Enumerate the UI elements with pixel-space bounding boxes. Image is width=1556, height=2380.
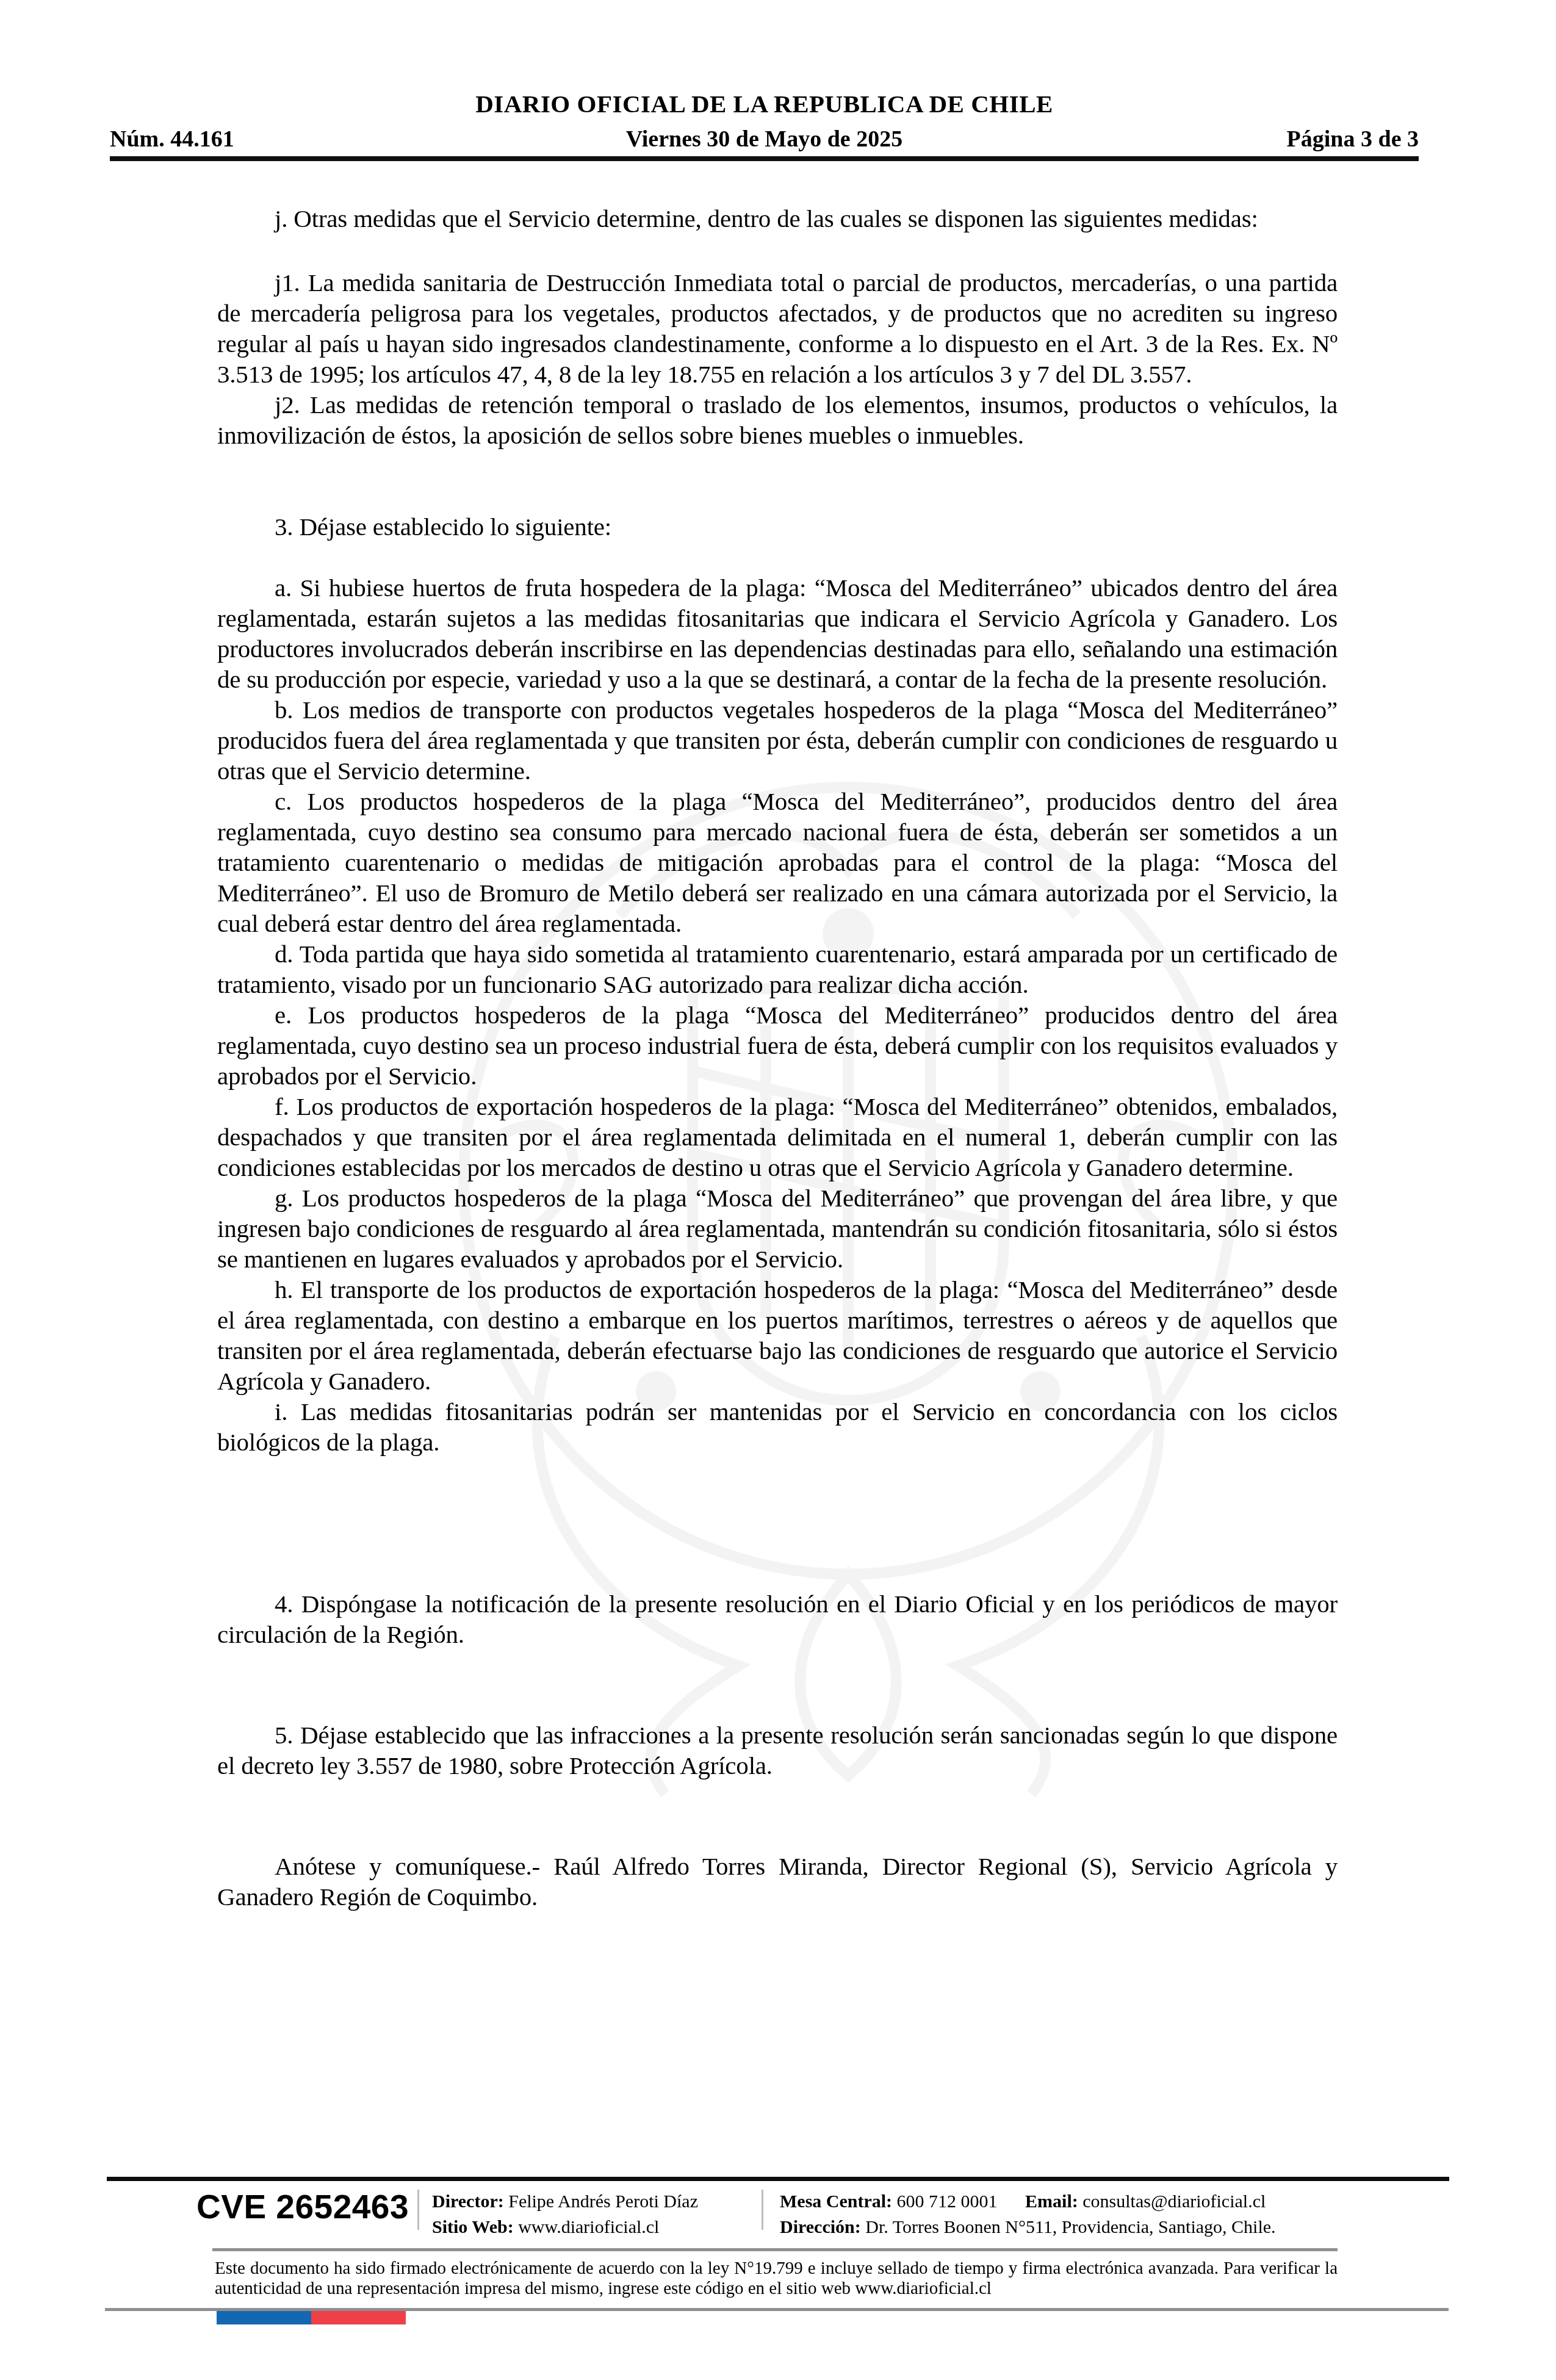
footer-contact-row: Mesa Central: 600 712 0001 Email: consul… bbox=[780, 2191, 1266, 2212]
gazette-page: DIARIO OFICIAL DE LA REPUBLICA DE CHILE … bbox=[0, 0, 1556, 2380]
paragraph-j1: j1. La medida sanitaria de Destrucción I… bbox=[217, 267, 1338, 389]
cve-code: CVE 2652463 bbox=[196, 2187, 409, 2226]
paragraph-3: 3. Déjase establecido lo siguiente: bbox=[217, 511, 1338, 542]
footer-website-row: Sitio Web: www.diarioficial.cl bbox=[432, 2217, 659, 2238]
resolution-body: j. Otras medidas que el Servicio determi… bbox=[217, 203, 1338, 1912]
paragraph-h: h. El transporte de los productos de exp… bbox=[217, 1274, 1338, 1396]
footer-middle-rule bbox=[212, 2248, 1338, 2251]
flag-red-block bbox=[311, 2311, 406, 2324]
paragraph-f: f. Los productos de exportación hospeder… bbox=[217, 1091, 1338, 1183]
paragraph-g: g. Los productos hospederos de la plaga … bbox=[217, 1183, 1338, 1274]
address-label: Dirección: bbox=[780, 2217, 865, 2237]
paragraph-5: 5. Déjase establecido que las infraccion… bbox=[217, 1720, 1338, 1781]
paragraph-i: i. Las medidas fitosanitarias podrán ser… bbox=[217, 1396, 1338, 1457]
email-value: consultas@diarioficial.cl bbox=[1082, 2191, 1266, 2212]
issue-date: Viernes 30 de Mayo de 2025 bbox=[110, 126, 1419, 153]
footer-divider-1 bbox=[417, 2190, 419, 2230]
mesa-central-value: 600 712 0001 bbox=[897, 2191, 998, 2212]
footer-director-row: Director: Felipe Andrés Peroti Díaz bbox=[432, 2191, 698, 2212]
footer-top-rule bbox=[107, 2177, 1449, 2181]
website-label: Sitio Web: bbox=[432, 2217, 518, 2237]
website-value: www.diarioficial.cl bbox=[518, 2217, 659, 2237]
header-rule bbox=[110, 156, 1419, 161]
email-label: Email: bbox=[1025, 2191, 1082, 2212]
director-label: Director: bbox=[432, 2191, 508, 2212]
paragraph-a: a. Si hubiese huertos de fruta hospedera… bbox=[217, 572, 1338, 694]
director-value: Felipe Andrés Peroti Díaz bbox=[508, 2191, 698, 2212]
paragraph-j: j. Otras medidas que el Servicio determi… bbox=[217, 203, 1338, 234]
footer-divider-2 bbox=[762, 2190, 763, 2230]
paragraph-firma: Anótese y comuníquese.- Raúl Alfredo Tor… bbox=[217, 1851, 1338, 1912]
paragraph-b: b. Los medios de transporte con producto… bbox=[217, 694, 1338, 786]
page-indicator: Página 3 de 3 bbox=[1287, 126, 1419, 153]
paragraph-c: c. Los productos hospederos de la plaga … bbox=[217, 786, 1338, 939]
footer-address-row: Dirección: Dr. Torres Boonen N°511, Prov… bbox=[780, 2217, 1276, 2238]
paragraph-d: d. Toda partida que haya sido sometida a… bbox=[217, 939, 1338, 1000]
paragraph-4: 4. Dispóngase la notificación de la pres… bbox=[217, 1588, 1338, 1650]
legal-notice: Este documento ha sido firmado electróni… bbox=[215, 2259, 1338, 2299]
chile-government-flag-logo bbox=[217, 2311, 406, 2324]
address-value: Dr. Torres Boonen N°511, Providencia, Sa… bbox=[865, 2217, 1275, 2237]
gazette-title: DIARIO OFICIAL DE LA REPUBLICA DE CHILE bbox=[110, 89, 1419, 118]
mesa-central-label: Mesa Central: bbox=[780, 2191, 897, 2212]
flag-blue-block bbox=[217, 2311, 311, 2324]
paragraph-e: e. Los productos hospederos de la plaga … bbox=[217, 1000, 1338, 1091]
paragraph-j2: j2. Las medidas de retención temporal o … bbox=[217, 389, 1338, 450]
